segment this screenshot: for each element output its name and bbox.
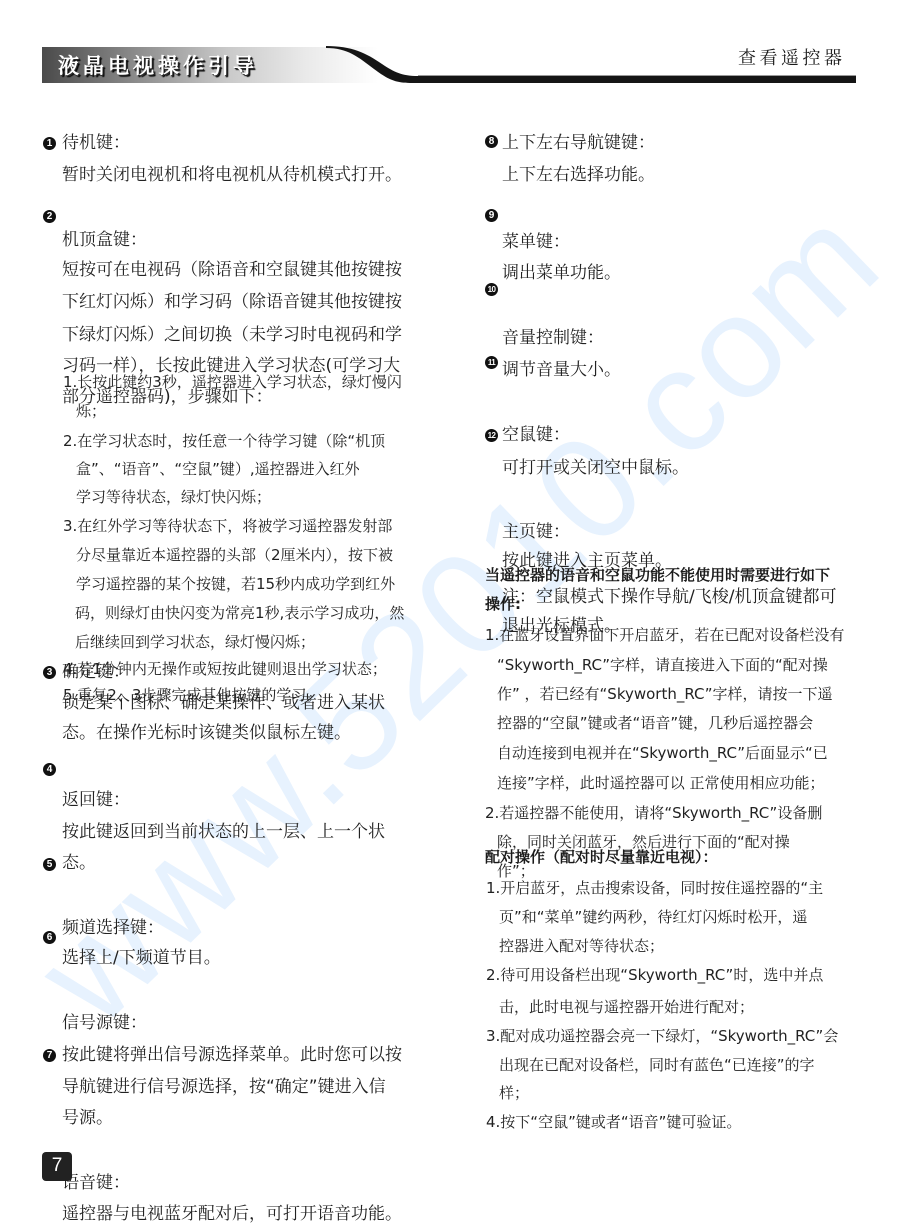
page-number-badge: 7 bbox=[42, 1152, 72, 1181]
back-key-desc-line: 态。 bbox=[62, 853, 96, 873]
troubleshoot-line: 连接”字样，此时遥控器可以 正常使用相应功能； bbox=[497, 774, 825, 792]
troubleshoot-line: 作” ，若已经有“Skyworth_RC”字样，请按一下遥 bbox=[497, 685, 833, 703]
volume-key-label: 音量控制键： bbox=[502, 328, 604, 348]
voice-key-desc: 遥控器与电视蓝牙配对后，可打开语音功能。 bbox=[62, 1204, 402, 1224]
channel-key-desc: 选择上/下频道节目。 bbox=[62, 948, 221, 968]
page-title: 液晶电视操作引导 bbox=[58, 52, 258, 80]
learning-step-line: 1.长按此键约3秒，遥控器进入学习状态，绿灯慢闪 bbox=[63, 373, 402, 391]
pairing-line: 2.待可用设备栏出现“Skyworth_RC”时，选中并点 bbox=[486, 966, 823, 984]
stb-key-desc-line: 下绿灯闪烁）之间切换（未学习时电视码和学 bbox=[62, 325, 402, 345]
source-key-desc-line: 导航键进行信号源选择，按“确定”键进入信 bbox=[62, 1077, 386, 1097]
troubleshoot-line: 控器的“空鼠”键或者“语音”键，几秒后遥控器会 bbox=[497, 714, 813, 732]
back-key-label: 返回键： bbox=[62, 790, 130, 810]
navigation-key-label: 上下左右导航键键： bbox=[502, 133, 655, 153]
home-key-label: 主页键： bbox=[502, 522, 570, 542]
number-3-icon: 3 bbox=[43, 666, 56, 679]
learning-step-line: 烁； bbox=[76, 402, 106, 420]
ok-key-desc-line: 态。在操作光标时该键类似鼠标左键。 bbox=[62, 723, 351, 743]
number-12-icon: 12 bbox=[485, 429, 498, 442]
learning-step-line: 学习等待状态，绿灯快闪烁； bbox=[76, 488, 271, 506]
standby-key-label: 待机键： bbox=[62, 133, 130, 153]
source-key-desc-line: 号源。 bbox=[62, 1108, 113, 1128]
troubleshoot-line: 1.在蓝牙设置界面下开启蓝牙，若在已配对设备栏没有 bbox=[485, 626, 844, 644]
pairing-line: 出现在已配对设备栏，同时有蓝色“已连接”的字 bbox=[499, 1056, 815, 1074]
stb-key-desc-line: 短按可在电视码（除语音和空鼠键其他按键按 bbox=[62, 260, 402, 280]
troubleshoot-line: “Skyworth_RC”字样，请直接进入下面的“配对操 bbox=[497, 656, 828, 674]
source-key-desc-line: 按此键将弹出信号源选择菜单。此时您可以按 bbox=[62, 1045, 402, 1065]
menu-key-label: 菜单键： bbox=[502, 232, 570, 252]
pairing-line: 1.开启蓝牙，点击搜索设备，同时按住遥控器的“主 bbox=[486, 879, 823, 897]
learning-step-line: 分尽量靠近本遥控器的头部（2厘米内），按下被 bbox=[76, 546, 393, 564]
number-10-icon: 10 bbox=[485, 283, 498, 296]
number-2-icon: 2 bbox=[43, 210, 56, 223]
back-key-desc-line: 按此键返回到当前状态的上一层、上一个状 bbox=[62, 822, 385, 842]
ok-key-desc-line: 锁定某个图标、确定某操作、或者进入某状 bbox=[62, 693, 385, 713]
voice-key-label: 语音键： bbox=[62, 1173, 130, 1193]
standby-key-desc: 暂时关闭电视机和将电视机从待机模式打开。 bbox=[62, 165, 402, 185]
learning-step-line: 后继续回到学习状态，绿灯慢闪烁； bbox=[75, 633, 315, 651]
pairing-line: 页”和“菜单”键约两秒，待红灯闪烁时松开，遥 bbox=[499, 908, 807, 926]
troubleshoot-line: 2.若遥控器不能使用，请将“Skyworth_RC”设备删 bbox=[485, 804, 822, 822]
troubleshoot-line: 自动连接到电视并在“Skyworth_RC”后面显示“已 bbox=[497, 744, 828, 762]
learning-step-line: 2.在学习状态时，按任意一个待学习键（除“机顶 bbox=[63, 432, 385, 450]
pairing-line: 3.配对成功遥控器会亮一下绿灯，“Skyworth_RC”会 bbox=[486, 1027, 838, 1045]
stb-key-desc-line: 下红灯闪烁）和学习码（除语音键其他按键按 bbox=[62, 292, 402, 312]
number-7-icon: 7 bbox=[43, 1049, 56, 1062]
number-1-icon: 1 bbox=[43, 137, 56, 150]
learning-step-line: 学习遥控器的某个按键，若15秒内成功学到红外 bbox=[76, 575, 395, 593]
pairing-line: 样； bbox=[499, 1084, 529, 1102]
pairing-line: 4.按下“空鼠”键或者“语音”键可验证。 bbox=[486, 1113, 741, 1131]
number-4-icon: 4 bbox=[43, 763, 56, 776]
number-9-icon: 9 bbox=[485, 209, 498, 222]
ok-key-label: 确定键： bbox=[62, 662, 130, 682]
number-11-icon: 11 bbox=[485, 356, 498, 369]
troubleshoot-heading: 当遥控器的语音和空鼠功能不能使用时需要进行如下 bbox=[485, 566, 830, 584]
air-mouse-key-label: 空鼠键： bbox=[502, 425, 570, 445]
air-mouse-key-desc: 可打开或关闭空中鼠标。 bbox=[502, 458, 689, 478]
learning-step-line: 盒”、“语音”、“空鼠”键）,遥控器进入红外 bbox=[76, 460, 360, 478]
pairing-line: 击，此时电视与遥控器开始进行配对； bbox=[499, 998, 754, 1016]
home-key-desc-line: 注：空鼠模式下操作导航/飞梭/机顶盒键都可 bbox=[502, 587, 836, 607]
number-6-icon: 6 bbox=[43, 931, 56, 944]
source-key-label: 信号源键： bbox=[62, 1013, 147, 1033]
section-title: 查看遥控器 bbox=[738, 47, 846, 71]
troubleshoot-heading: 操作: bbox=[485, 595, 521, 613]
pairing-line: 控器进入配对等待状态； bbox=[499, 937, 664, 955]
learning-step-line: 码，则绿灯由快闪变为常亮1秒,表示学习成功，然 bbox=[75, 604, 404, 622]
number-5-icon: 5 bbox=[43, 858, 56, 871]
stb-key-label: 机顶盒键： bbox=[62, 230, 147, 250]
pairing-heading: 配对操作（配对时尽量靠近电视）： bbox=[485, 848, 718, 866]
learning-step-line: 3.在红外学习等待状态下，将被学习遥控器发射部 bbox=[63, 517, 392, 535]
menu-key-desc: 调出菜单功能。 bbox=[502, 263, 621, 283]
navigation-key-desc: 上下左右选择功能。 bbox=[502, 165, 655, 185]
number-8-icon: 8 bbox=[485, 135, 498, 148]
channel-key-label: 频道选择键： bbox=[62, 918, 164, 938]
volume-key-desc: 调节音量大小。 bbox=[502, 360, 621, 380]
